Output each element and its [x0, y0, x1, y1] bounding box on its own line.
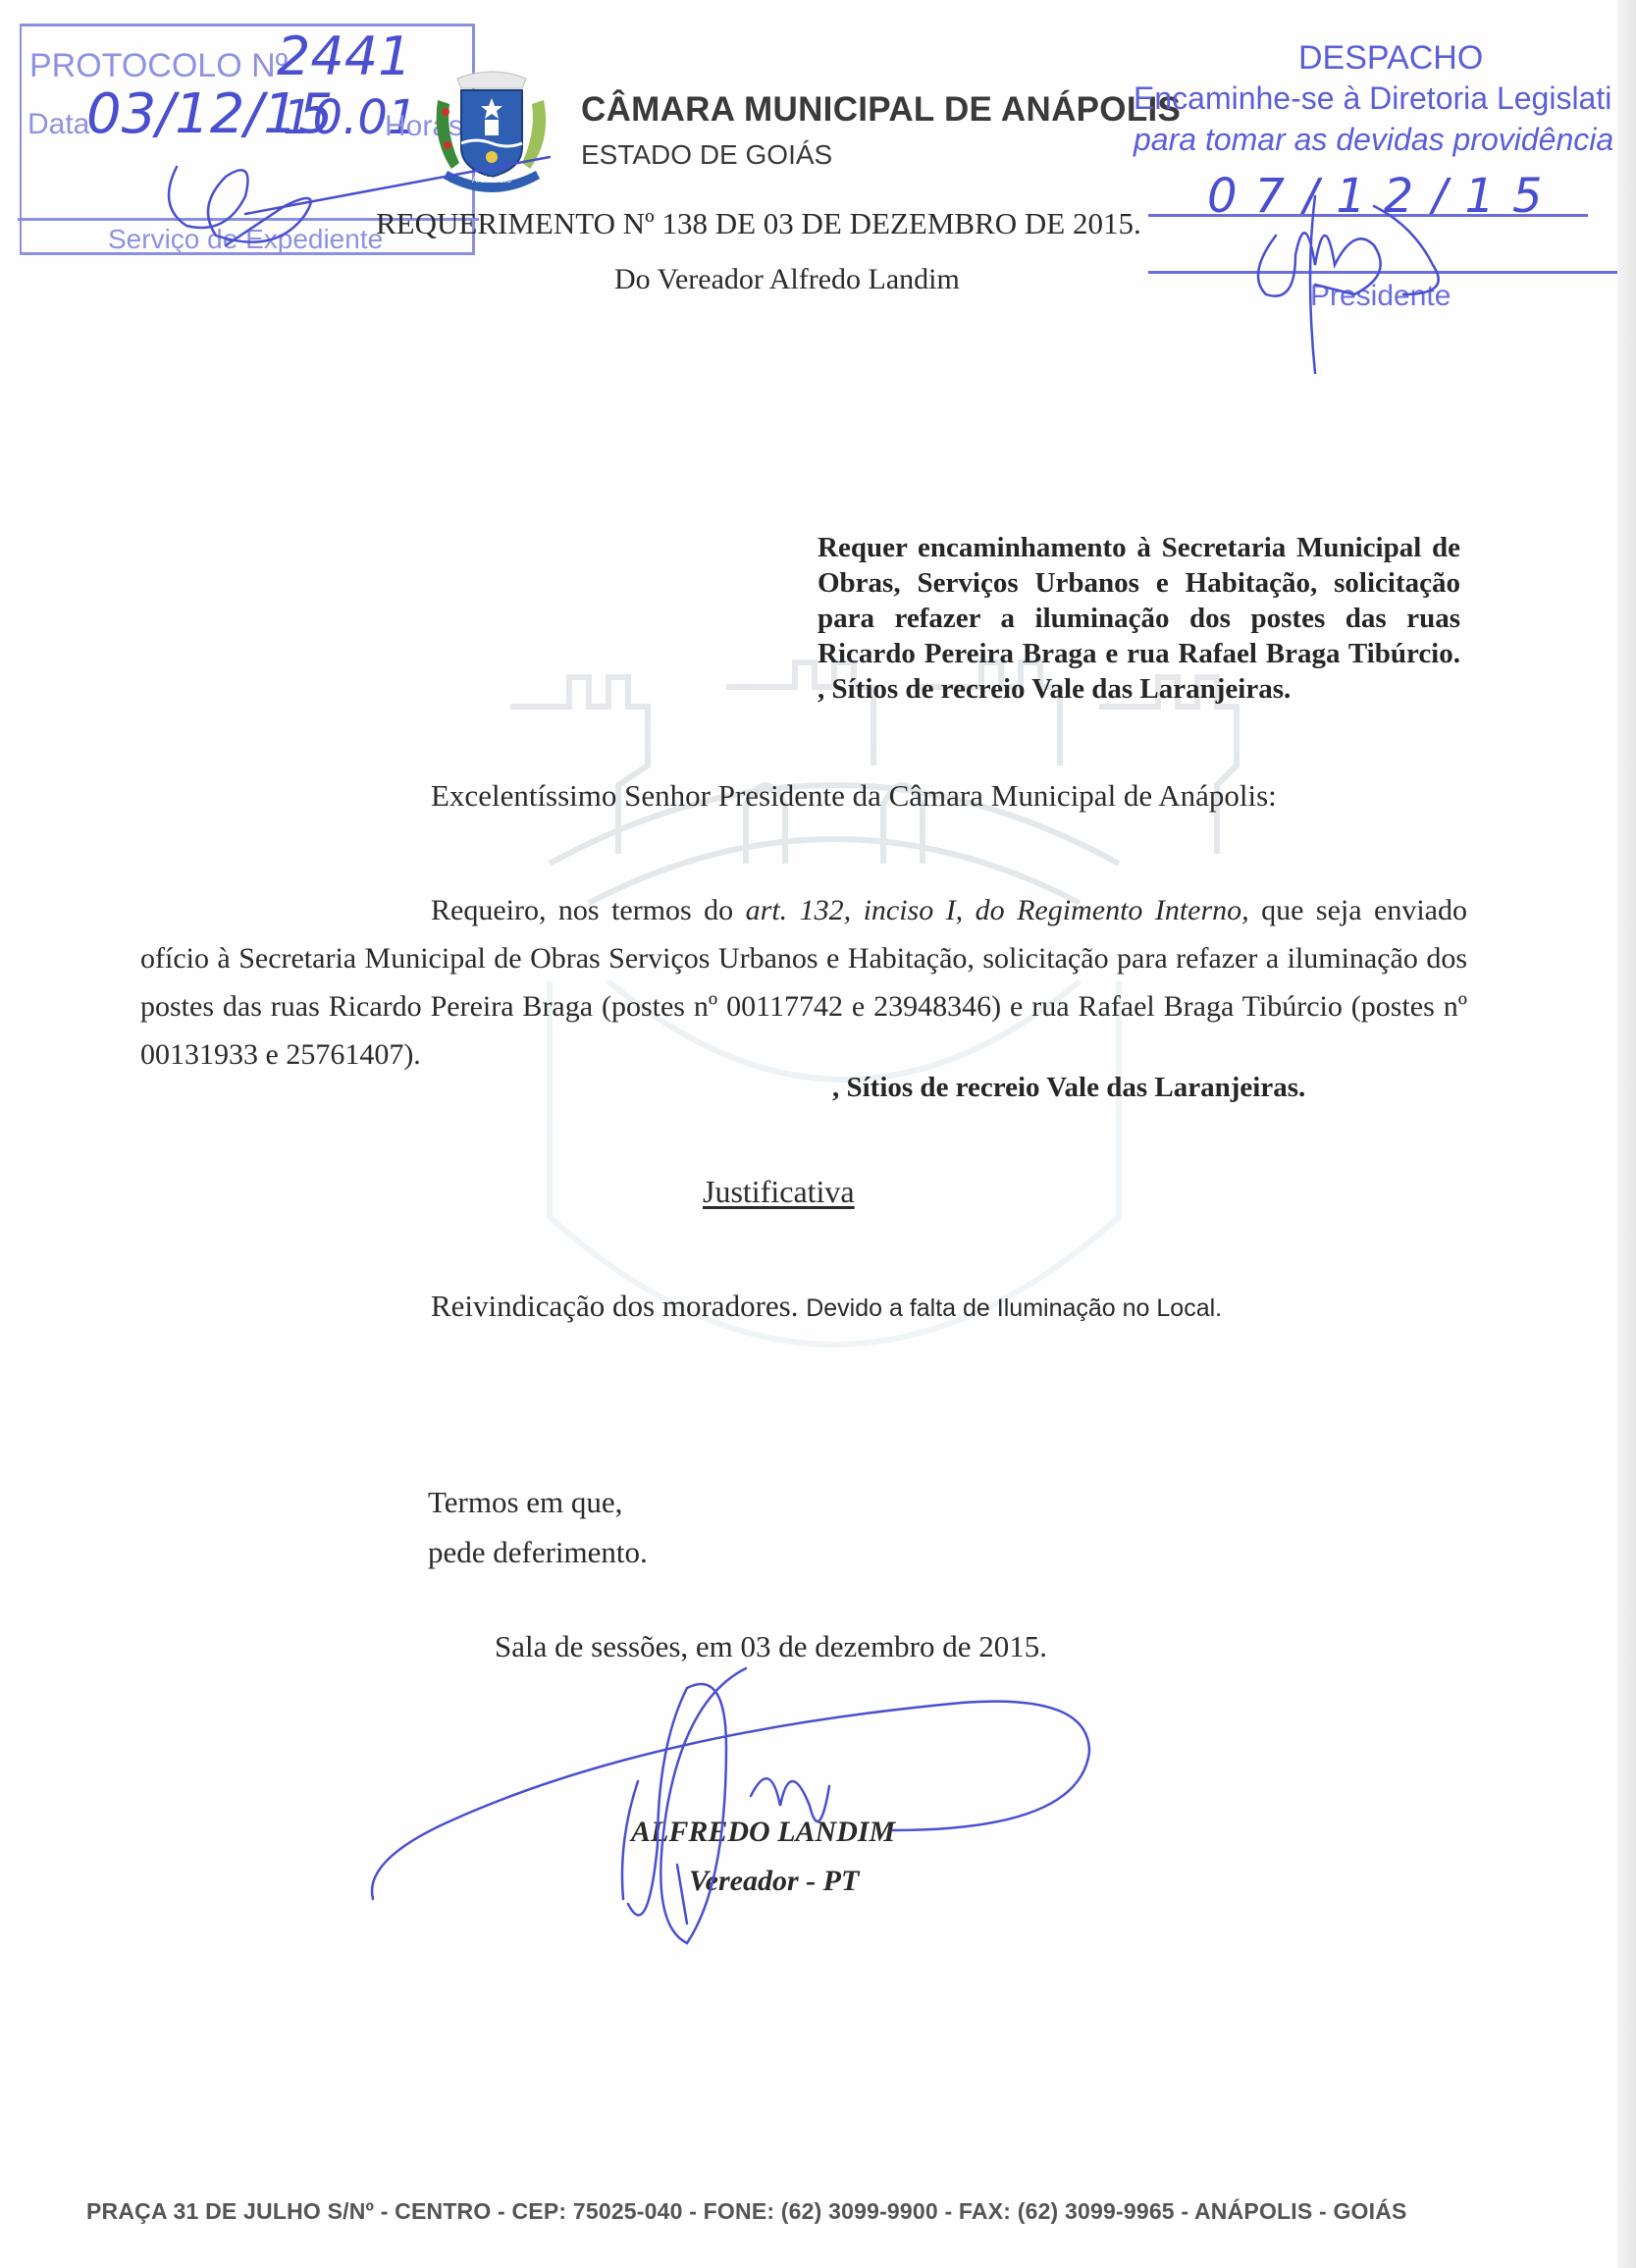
closing: Termos em que, pede deferimento. [428, 1477, 648, 1577]
despacho-line-1: Encaminhe-se à Diretoria Legislati [1134, 80, 1611, 117]
request-number-line: REQUERIMENTO Nº 138 DE 03 DE DEZEMBRO DE… [376, 206, 1141, 241]
legal-reference: art. 132, inciso I, do Regimento Interno… [746, 894, 1249, 926]
signer-name: ALFREDO LANDIM [631, 1816, 895, 1849]
despacho-title: DESPACHO [1298, 39, 1483, 78]
municipal-crest-icon: ANÁPOLIS [428, 61, 555, 206]
despacho-rule-2 [1148, 271, 1617, 274]
protocol-number: 2441 [277, 26, 411, 87]
document-page: PROTOCOLO Nº 2441 Data 03/12/15 10.01 Ho… [0, 0, 1617, 2268]
footer-address: PRAÇA 31 DE JULHO S/Nº - CENTRO - CEP: 7… [86, 2198, 1407, 2225]
signer-role: Vereador - PT [689, 1865, 859, 1898]
scan-edge [1617, 0, 1636, 2268]
state-subtitle: ESTADO DE GOIÁS [581, 139, 832, 171]
body-text-1: Requeiro, nos termos do [431, 894, 746, 926]
despacho-signatory: Presidente [1310, 280, 1451, 313]
protocol-label: PROTOCOLO Nº [29, 47, 288, 85]
request-body: Requeiro, nos termos do art. 132, inciso… [140, 886, 1467, 1079]
request-summary: Requer encaminhamento à Secretaria Munic… [818, 530, 1460, 707]
justification-text-serif: Reivindicação dos moradores. [431, 1289, 806, 1323]
signature-strokes-icon [0, 0, 1636, 2268]
justification-title: Justificativa [703, 1174, 855, 1210]
despacho-rule-1 [1148, 214, 1588, 217]
department-label: Serviço de Expediente [108, 224, 383, 255]
closing-line-1: Termos em que, [428, 1477, 648, 1527]
justification-text-sans: Devido a falta de Iluminação no Local. [806, 1294, 1222, 1322]
author-line: Do Vereador Alfredo Landim [614, 263, 960, 296]
justification-text: Reivindicação dos moradores. Devido a fa… [431, 1289, 1222, 1324]
despacho-line-2: para tomar as devidas providência [1134, 122, 1613, 158]
svg-text:ANÁPOLIS: ANÁPOLIS [472, 176, 511, 185]
date-label: Data [27, 108, 89, 141]
institution-title: CÂMARA MUNICIPAL DE ANÁPOLIS [581, 90, 1181, 130]
closing-line-2: pede deferimento. [428, 1527, 648, 1577]
salutation: Excelentíssimo Senhor Presidente da Câma… [431, 778, 1277, 814]
location-line: , Sítios de recreio Vale das Laranjeiras… [832, 1072, 1305, 1104]
watermark-crest-icon [0, 0, 1636, 2268]
date-line: Sala de sessões, em 03 de dezembro de 20… [495, 1629, 1047, 1664]
